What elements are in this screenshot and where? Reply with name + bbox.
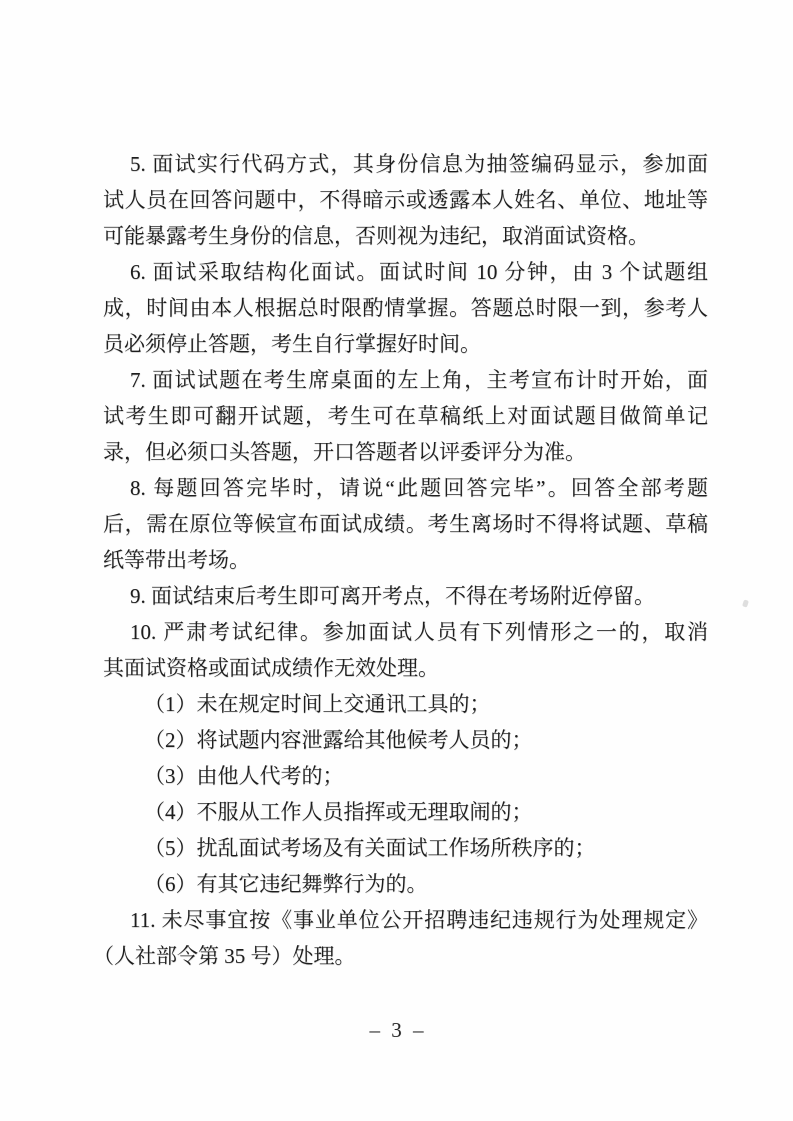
text-line: 8. 每题回答完毕时，请说“此题回答完毕”。回答全部考题 [103, 470, 708, 506]
body-text-block: 5. 面试实行代码方式，其身份信息为抽签编码显示，参加面试人员在回答问题中，不得… [103, 146, 708, 974]
text-line: 6. 面试采取结构化面试。面试时间 10 分钟，由 3 个试题组 [103, 254, 708, 290]
text-line: 试人员在回答问题中，不得暗示或透露本人姓名、单位、地址等 [103, 182, 708, 218]
page-number: – 3 – [0, 1012, 793, 1048]
text-line: （3）由他人代考的； [103, 758, 708, 794]
text-line: （4）不服从工作人员指挥或无理取闹的； [103, 794, 708, 830]
text-line: （2）将试题内容泄露给其他候考人员的； [103, 722, 708, 758]
text-line: 成，时间由本人根据总时限酌情掌握。答题总时限一到，参考人 [103, 290, 708, 326]
text-line: 录，但必须口头答题，开口答题者以评委评分为准。 [103, 434, 708, 470]
text-line: 员必须停止答题，考生自行掌握好时间。 [103, 326, 708, 362]
document-page: 5. 面试实行代码方式，其身份信息为抽签编码显示，参加面试人员在回答问题中，不得… [0, 0, 793, 1121]
text-line: 可能暴露考生身份的信息，否则视为违纪，取消面试资格。 [103, 218, 708, 254]
text-line: 其面试资格或面试成绩作无效处理。 [103, 650, 708, 686]
text-line: 试考生即可翻开试题，考生可在草稿纸上对面试题目做简单记 [103, 398, 708, 434]
text-line: （人社部令第 35 号）处理。 [93, 938, 708, 974]
text-line: （6）有其它违纪舞弊行为的。 [103, 866, 708, 902]
text-line: 10. 严肃考试纪律。参加面试人员有下列情形之一的，取消 [103, 614, 708, 650]
text-line: （1）未在规定时间上交通讯工具的； [103, 686, 708, 722]
text-line: 5. 面试实行代码方式，其身份信息为抽签编码显示，参加面 [103, 146, 708, 182]
text-line: 9. 面试结束后考生即可离开考点，不得在考场附近停留。 [103, 578, 708, 614]
scan-speck-artifact [742, 599, 749, 607]
text-line: （5）扰乱面试考场及有关面试工作场所秩序的； [103, 830, 708, 866]
text-line: 7. 面试试题在考生席桌面的左上角，主考宣布计时开始，面 [103, 362, 708, 398]
text-line: 后，需在原位等候宣布面试成绩。考生离场时不得将试题、草稿 [103, 506, 708, 542]
text-line: 11. 未尽事宜按《事业单位公开招聘违纪违规行为处理规定》 [103, 902, 708, 938]
text-line: 纸等带出考场。 [103, 542, 708, 578]
